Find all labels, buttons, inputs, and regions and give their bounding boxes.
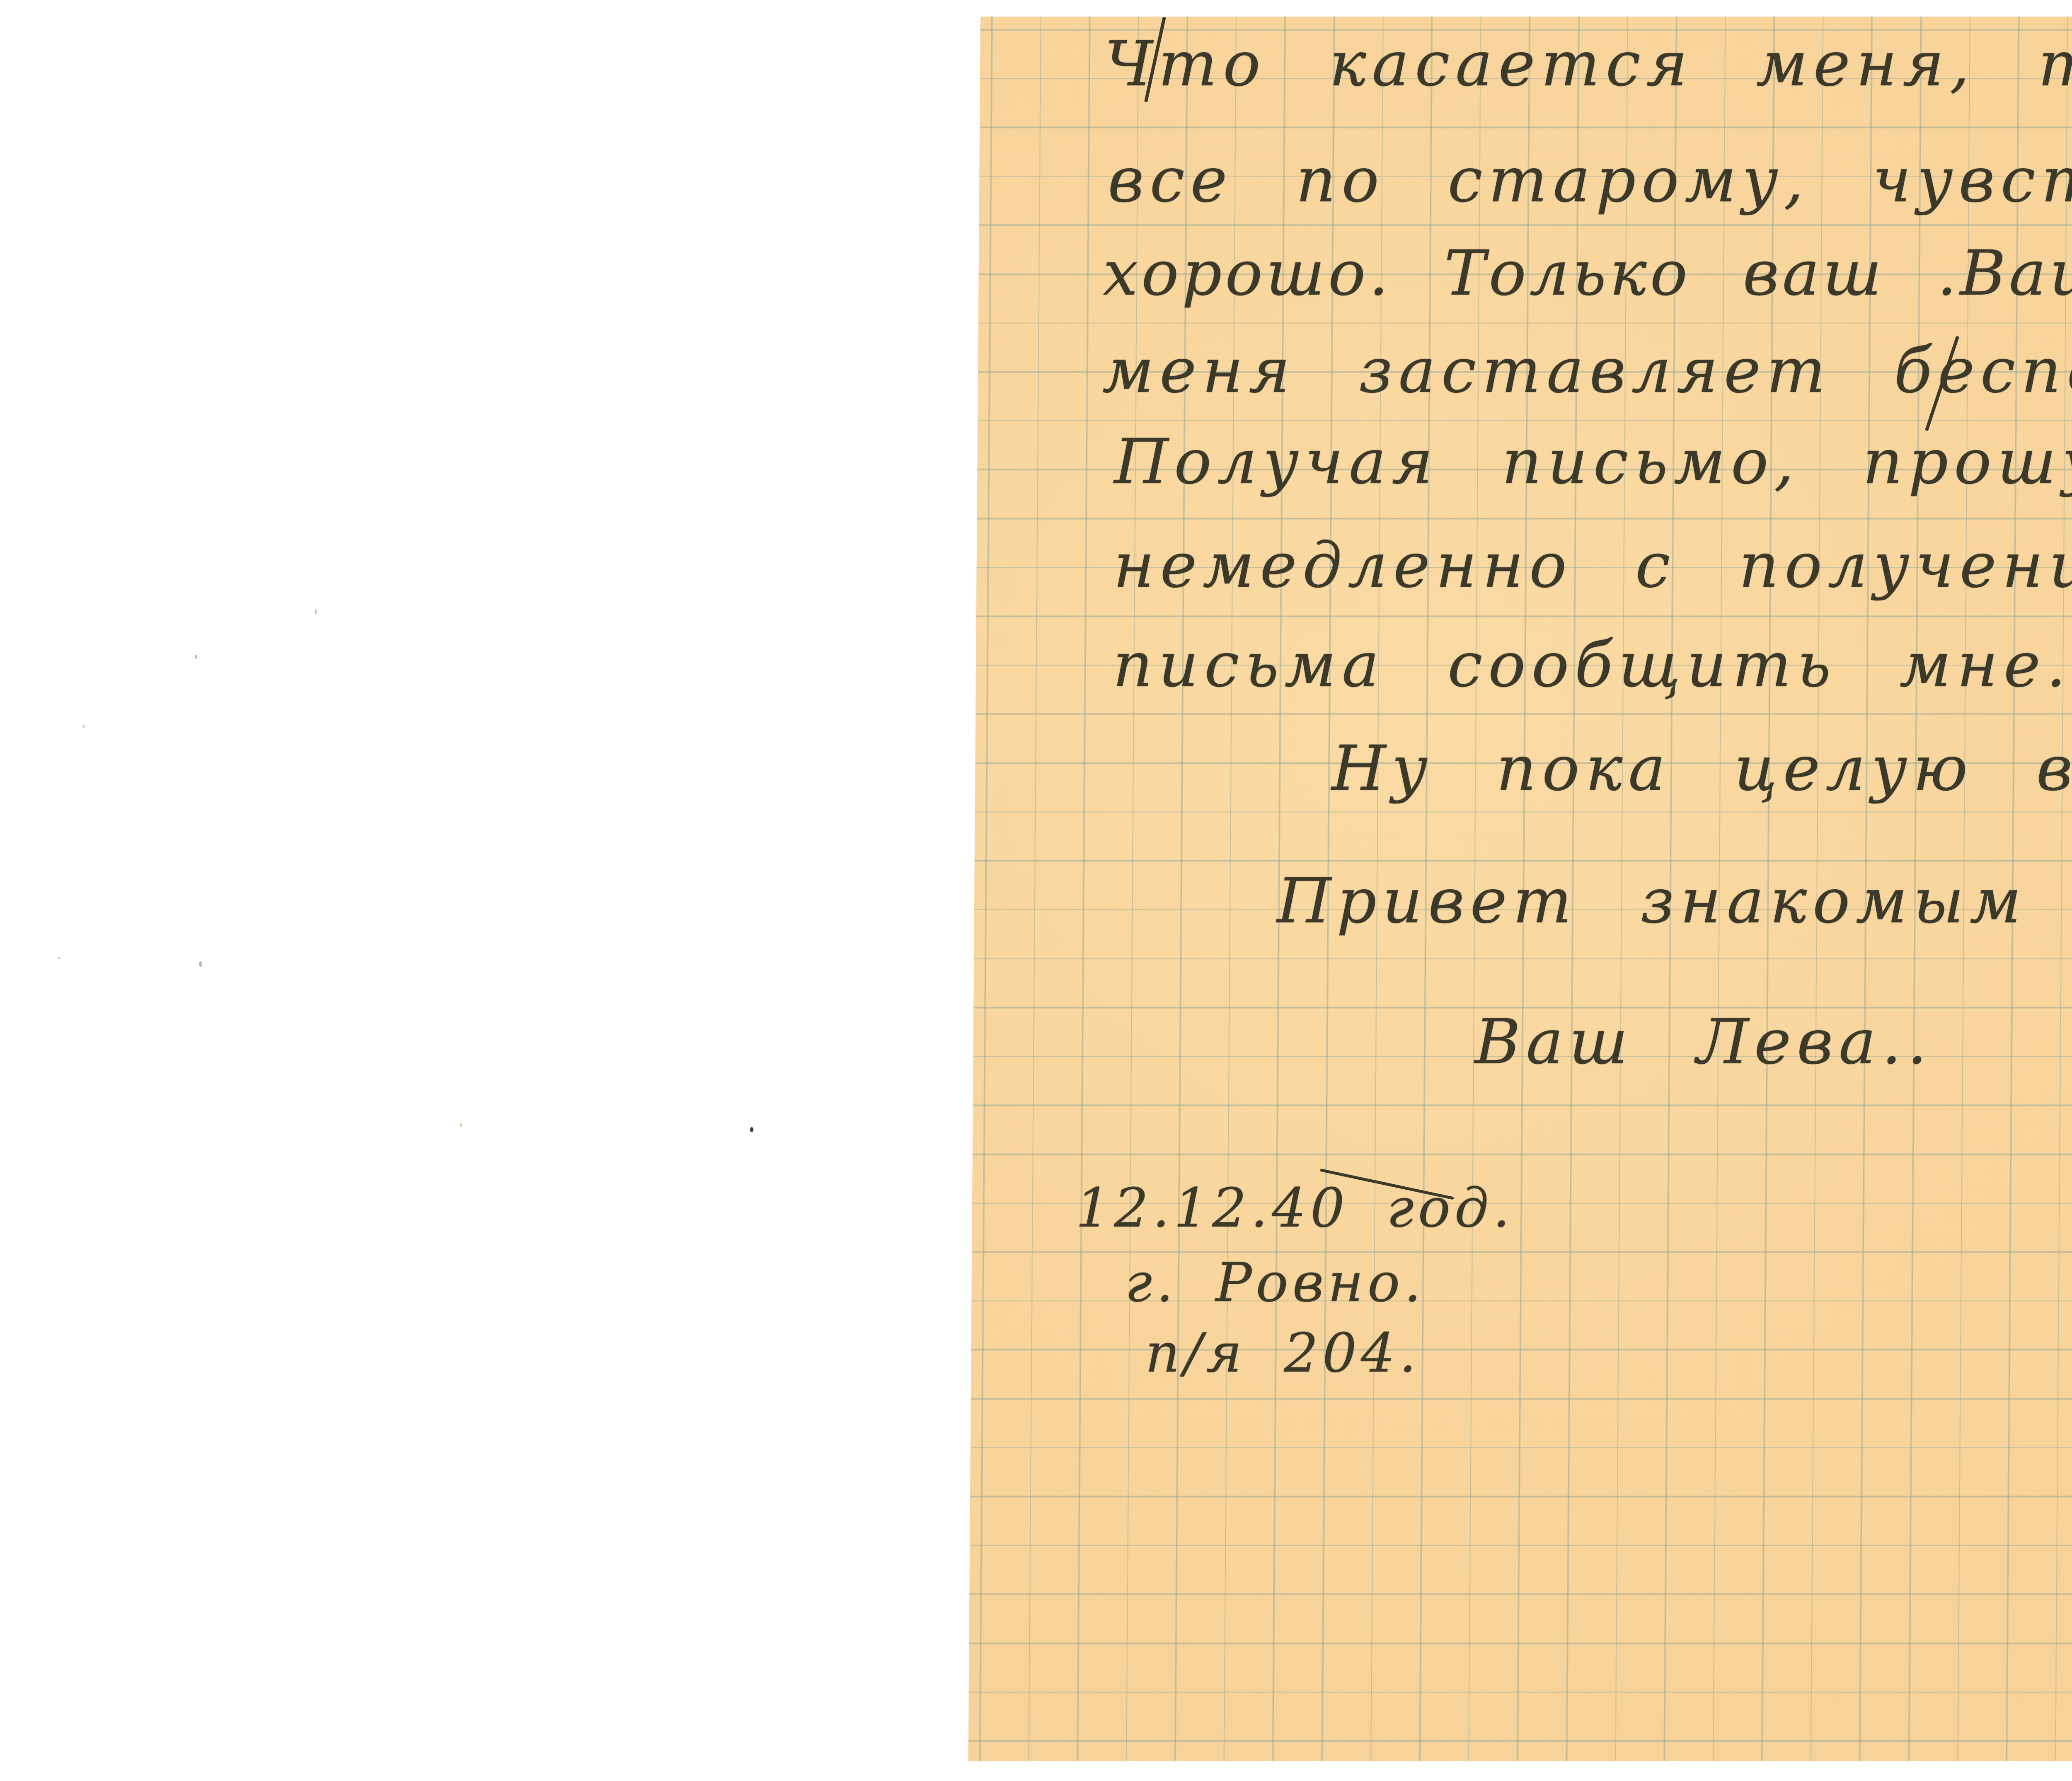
letter-line-7: письма сообщить мне. xyxy=(1113,634,2072,696)
dust-speck xyxy=(460,1123,462,1127)
dust-speck xyxy=(83,725,85,728)
dust-speck xyxy=(315,609,317,614)
letter-line-4: меня заставляет беспокоиться. xyxy=(1102,340,2072,402)
letter-line-2: все по старому, чувствую себя xyxy=(1108,149,2072,211)
dust-speck xyxy=(195,655,197,659)
dust-speck xyxy=(58,957,60,959)
letter-page: Что касается меня, то у меня все по стар… xyxy=(968,17,2072,1761)
dust-speck xyxy=(750,1127,753,1132)
letter-greetings: Привет знакомым и родным. xyxy=(1277,870,2072,932)
letter-line-6: немедленно с получением сего xyxy=(1113,535,2072,597)
dust-speck xyxy=(199,961,202,967)
letter-line-3: хорошо. Только ваш .Ваше молчание xyxy=(1103,242,2072,305)
letter-city: г. Ровно. xyxy=(1125,1256,1426,1309)
letter-line-5: Получая письмо, прошу Вас xyxy=(1114,431,2072,493)
letter-date: 12.12.40 год. xyxy=(1075,1181,1514,1235)
letter-farewell: Ну пока целую вас всех. xyxy=(1331,738,2072,800)
letter-line-1: Что касается меня, то у меня xyxy=(1104,33,2072,95)
letter-signature: Ваш Лева.. xyxy=(1474,1011,1933,1073)
letter-postbox: п/я 204. xyxy=(1145,1326,1421,1380)
